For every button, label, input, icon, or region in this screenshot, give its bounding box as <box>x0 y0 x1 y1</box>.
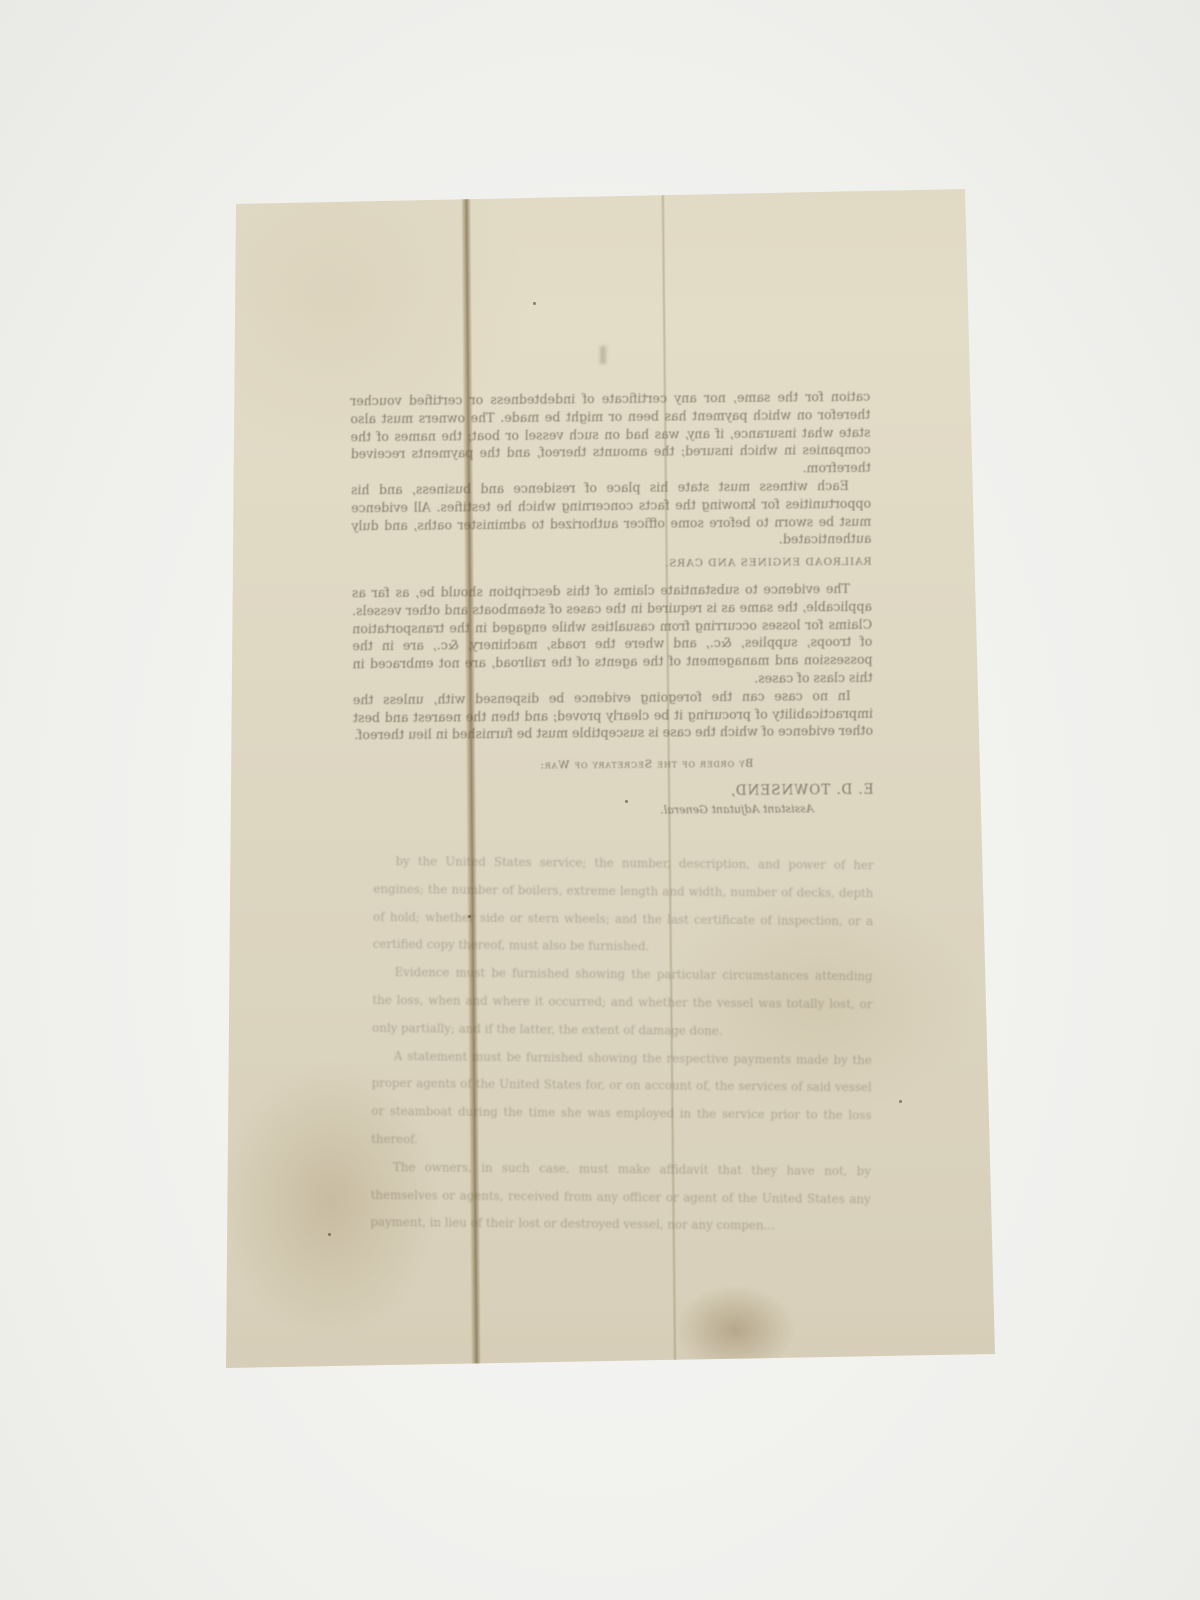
paper-speck <box>625 800 628 803</box>
faint-reverse-print: by the United States service; the number… <box>370 848 873 1242</box>
paper-speck <box>533 302 536 305</box>
faint-paragraph: by the United States service; the number… <box>373 848 874 964</box>
body-paragraph: In no case can the foregoing evidence be… <box>353 686 873 744</box>
body-paragraph: Each witness must state his place of res… <box>351 477 872 553</box>
faint-paragraph: Evidence must be furnished showing the p… <box>372 959 873 1047</box>
signer-title: Assistant Adjutant General. <box>354 800 814 822</box>
section-heading: RAILROAD ENGINES AND CARS. <box>352 554 872 576</box>
paper-speck <box>328 1233 331 1236</box>
order-line: By order of the Secretary of War: <box>353 754 873 776</box>
faint-paragraph: A statement must be furnished showing th… <box>371 1042 872 1158</box>
paper-speck <box>468 915 471 918</box>
body-paragraph: cation for the same, nor any certificate… <box>350 388 871 482</box>
page-number-mark <box>600 346 606 364</box>
paper-speck <box>899 1100 902 1103</box>
body-paragraph: The evidence to substantiate claims of t… <box>352 580 873 691</box>
mirrored-bleed-through-text: cation for the same, nor any certificate… <box>350 388 874 822</box>
faint-paragraph: The owners, in such case, must make affi… <box>370 1154 871 1242</box>
